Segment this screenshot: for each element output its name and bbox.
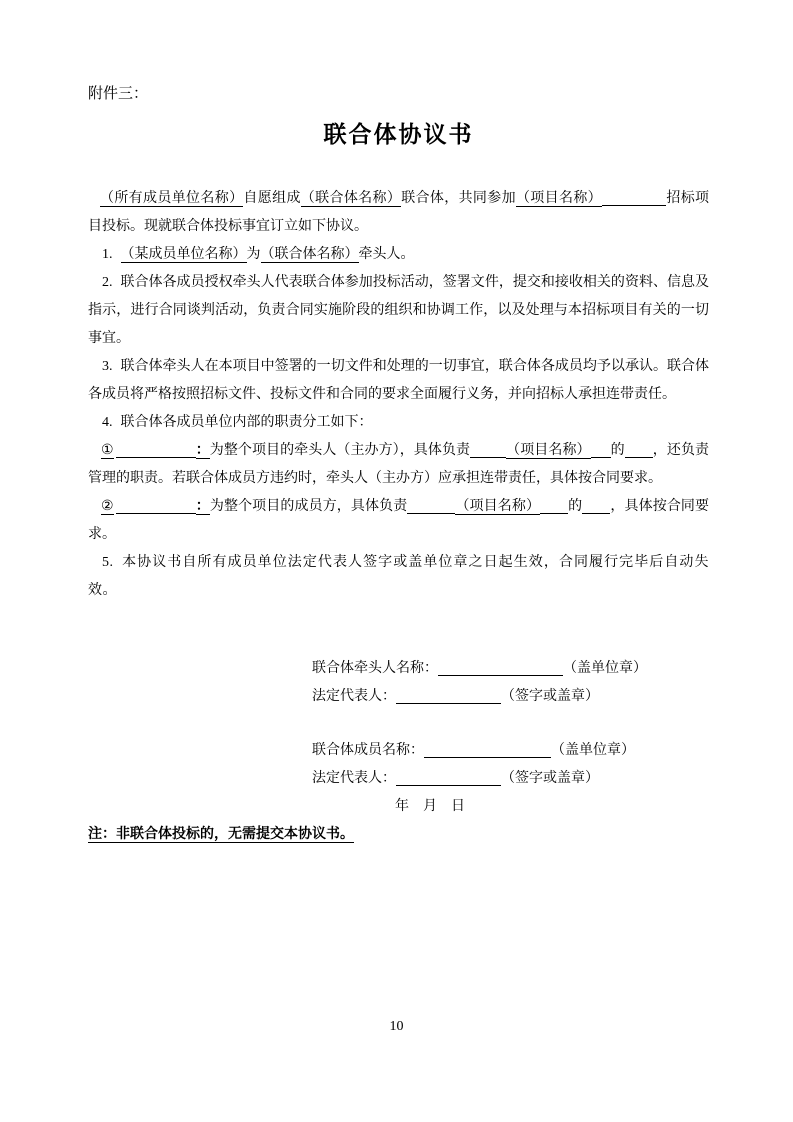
clause-5: 5.本协议书自所有成员单位法定代表人签字或盖单位章之日起生效，合同履行完毕后自动… [88, 549, 709, 605]
project-name-blank: （项目名称） [455, 499, 540, 515]
date-line: 年 月 日 [88, 793, 709, 821]
clause-4-number: 4. [102, 415, 113, 430]
duty-1-number: ① [101, 443, 114, 459]
duty-1-text-1: 为整个项目的牵头人（主办方），具体负责 [210, 443, 470, 458]
consortium-name-blank: （联合体名称） [261, 247, 359, 263]
leader-name-blank [438, 663, 563, 676]
leader-rep-label: 法定代表人： [312, 689, 396, 704]
clause-4-text: 联合体各成员单位内部的职责分工如下： [121, 415, 373, 430]
footnote: 注：非联合体投标的，无需提交本协议书。 [88, 821, 709, 849]
clause-5-text: 本协议书自所有成员单位法定代表人签字或盖单位章之日起生效，合同履行完毕后自动失效… [88, 555, 709, 598]
consortium-name-blank: （联合体名称） [301, 191, 401, 207]
clause-1: 1.（某成员单位名称）为（联合体名称）牵头人。 [88, 241, 709, 269]
scope-blank [625, 445, 653, 458]
fill-in-blank [540, 501, 568, 514]
duty-1-text-2: 的 [611, 443, 625, 458]
clause-3: 3.联合体牵头人在本项目中签署的一切文件和处理的一切事宜，联合体各成员均予以承认… [88, 353, 709, 409]
member-rep-line: 法定代表人：（签字或盖章） [88, 765, 709, 793]
member-unit-name-blank: （某成员单位名称） [121, 247, 247, 263]
page-number: 10 [0, 1017, 793, 1037]
member-name-line: 联合体成员名称：（盖单位章） [88, 737, 709, 765]
clause-1-text-2: 牵头人。 [359, 247, 415, 262]
intro-text-1: 自愿组成 [243, 191, 300, 206]
duty-item-2: ②：为整个项目的成员方，具体负责（项目名称）的，具体按合同要求。 [88, 493, 709, 549]
fill-in-blank [407, 501, 455, 514]
project-name-blank: （项目名称） [506, 443, 591, 459]
leader-rep-sign-note: （签字或盖章） [501, 689, 599, 704]
member-name-blank [424, 745, 551, 758]
leader-name-line: 联合体牵头人名称：（盖单位章） [88, 655, 709, 683]
duty-2-number: ② [101, 499, 114, 515]
agreement-body: （所有成员单位名称）自愿组成（联合体名称）联合体，共同参加（项目名称）招标项目投… [88, 185, 709, 849]
clause-3-number: 3. [102, 359, 113, 374]
clause-1-text-1: 为 [247, 247, 261, 262]
party-name-blank [116, 445, 196, 458]
signature-block: 联合体牵头人名称：（盖单位章） 法定代表人：（签字或盖章） 联合体成员名称：（盖… [88, 655, 709, 793]
clause-5-number: 5. [102, 555, 114, 570]
scope-blank [582, 501, 610, 514]
member-name-seal-note: （盖单位章） [551, 743, 635, 758]
fill-in-blank [591, 445, 611, 458]
clause-3-text: 联合体牵头人在本项目中签署的一切文件和处理的一切事宜，联合体各成员均予以承认。联… [88, 359, 709, 402]
clause-4: 4.联合体各成员单位内部的职责分工如下： [88, 409, 709, 437]
leader-rep-line: 法定代表人：（签字或盖章） [88, 683, 709, 711]
fill-in-blank [470, 445, 506, 458]
duty-item-1: ①：为整个项目的牵头人（主办方），具体负责（项目名称）的，还负责管理的职责。若联… [88, 437, 709, 493]
intro-paragraph: （所有成员单位名称）自愿组成（联合体名称）联合体，共同参加（项目名称）招标项目投… [88, 185, 709, 241]
duty-2-colon: ： [196, 499, 210, 515]
member-rep-sign-note: （签字或盖章） [501, 771, 599, 786]
member-name-label: 联合体成员名称： [312, 743, 424, 758]
member-rep-label: 法定代表人： [312, 771, 396, 786]
intro-text-2: 联合体，共同参加 [401, 191, 516, 206]
attachment-label: 附件三： [88, 83, 709, 105]
leader-name-label: 联合体牵头人名称： [312, 661, 438, 676]
member-rep-blank [396, 773, 501, 786]
leader-rep-blank [396, 691, 501, 704]
duty-1-colon: ： [196, 443, 210, 459]
project-name-blank: （项目名称） [516, 191, 602, 207]
all-members-name-blank: （所有成员单位名称） [100, 191, 243, 207]
document-page: 附件三： 联合体协议书 （所有成员单位名称）自愿组成（联合体名称）联合体，共同参… [0, 0, 793, 1122]
page-title: 联合体协议书 [88, 119, 709, 151]
clause-1-number: 1. [102, 247, 113, 262]
clause-2-text: 联合体各成员授权牵头人代表联合体参加投标活动，签署文件，提交和接收相关的资料、信… [88, 275, 709, 346]
party-name-blank [116, 501, 196, 514]
footnote-text: 注：非联合体投标的，无需提交本协议书。 [88, 827, 354, 843]
clause-2: 2.联合体各成员授权牵头人代表联合体参加投标活动，签署文件，提交和接收相关的资料… [88, 269, 709, 353]
leader-name-seal-note: （盖单位章） [563, 661, 647, 676]
clause-2-number: 2. [102, 275, 113, 290]
duty-2-text-2: 的 [568, 499, 582, 514]
fill-in-blank [602, 193, 666, 206]
duty-2-text-1: 为整个项目的成员方，具体负责 [210, 499, 407, 514]
